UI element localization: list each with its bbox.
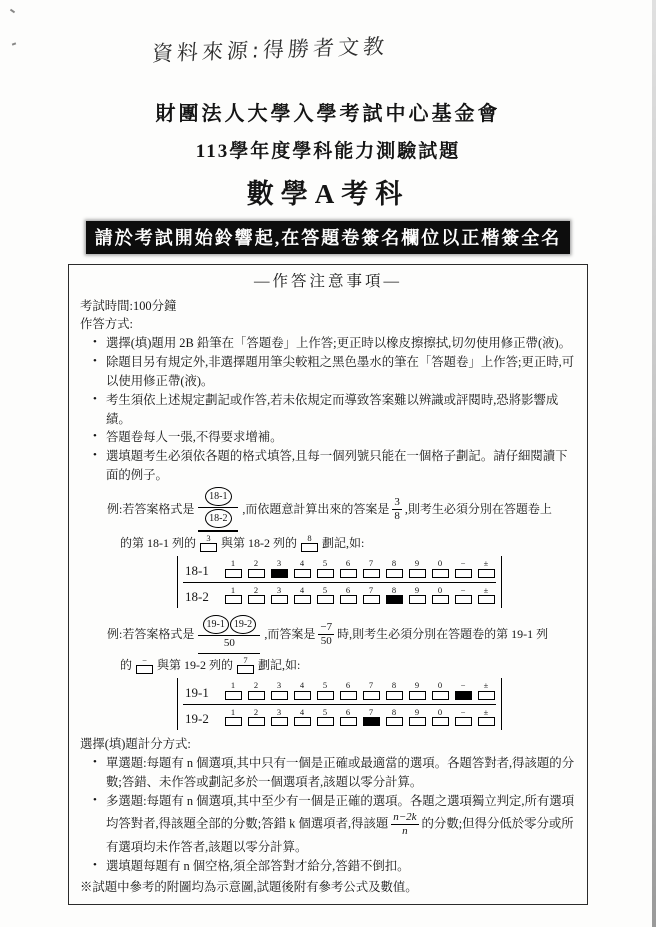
bullet-marker: • <box>93 857 106 876</box>
bubble-cell-3: 3 <box>271 559 287 578</box>
fraction-neg7-50: −7 50 <box>318 621 334 648</box>
scoring-label: 選擇(填)題計分方式: <box>80 735 576 754</box>
bubble-empty <box>294 717 311 726</box>
bubble-cell-7: 7 <box>363 708 379 727</box>
example-text: 例:若答案格式是 <box>107 500 194 518</box>
bullet-text: 選填題考生必須依各題的格式填答,且每一個列號只能在一個格子劃記。請仔細閱讀下面的… <box>106 447 576 485</box>
bubble-filled <box>363 717 380 726</box>
bubble-cell-8: 8 <box>386 681 402 700</box>
bubble-cell-7: 7 <box>363 681 379 700</box>
bubble-empty <box>478 569 495 578</box>
bubble-empty <box>225 569 242 578</box>
example-19: 例:若答案格式是 19-1 19-2 50 ,而答案是 −7 50 時,則考生必… <box>107 613 576 730</box>
scoring-bullet-multi: • 多選題:每題有 n 個選項,其中至少有一個是正確的選項。各題之選項獨立判定,… <box>93 792 576 857</box>
grid-row-label: 18-1 <box>185 564 218 578</box>
bubble-cell-8: 8 <box>386 559 402 578</box>
bubble-empty <box>432 717 449 726</box>
bubble-cell-2: 2 <box>248 559 264 578</box>
bubble-empty <box>363 569 380 578</box>
method-label: 作答方式: <box>80 315 576 334</box>
bubble-cell-8: 8 <box>386 586 402 605</box>
bubble-cell-6: 6 <box>340 559 356 578</box>
method-bullet-5: • 選填題考生必須依各題的格式填答,且每一個列號只能在一個格子劃記。請仔細閱讀下… <box>93 447 576 485</box>
grid-row-label: 19-2 <box>185 712 218 726</box>
scan-edge-artifact <box>652 0 656 927</box>
bubble-cell-0: 0 <box>432 586 448 605</box>
example-text: ,而依題意計算出來的答案是 <box>242 500 389 518</box>
bubble-cell-7: 7 <box>363 559 379 578</box>
bubble-mark-8: 8 <box>301 534 318 553</box>
bubble-empty <box>478 691 495 700</box>
bubble-empty <box>225 595 242 604</box>
bubble-empty <box>409 595 426 604</box>
bubble-empty <box>225 691 242 700</box>
grid-row-label: 18-2 <box>185 590 218 604</box>
bullet-marker: • <box>93 334 106 353</box>
bullet-marker: • <box>93 447 106 485</box>
bubble-cell-0: 0 <box>432 708 448 727</box>
example-text: ,則考生必須分別在答題卷上 <box>405 500 552 518</box>
row-number-circle: 19-1 <box>203 615 229 634</box>
bubble-cell-1: 1 <box>225 586 241 605</box>
bubble-cell-±: ± <box>478 681 494 700</box>
example-text: 劃記,如: <box>322 534 364 552</box>
fraction-bar <box>198 507 238 508</box>
scoring-bullet-single: • 單選題:每題有 n 個選項,其中只有一個是正確或最適當的選項。各題答對者,得… <box>93 754 576 792</box>
method-bullet-2: • 除題目另有規定外,非選擇題用筆尖較粗之黑色墨水的筆在「答題卷」上作答;更正時… <box>93 353 576 391</box>
notice-title: —作答注意事項— <box>80 270 576 294</box>
subject-title: 數學A考科 <box>0 172 656 211</box>
row-number-circle: 18-2 <box>205 509 231 528</box>
bubble-mark-7: 7 <box>237 656 254 675</box>
bubble-cell-5: 5 <box>317 681 333 700</box>
bubble-empty <box>294 569 311 578</box>
bubble-filled <box>386 595 403 604</box>
bubble-empty <box>386 569 403 578</box>
method-bullet-4: • 答題卷每人一張,不得要求增補。 <box>93 428 576 447</box>
bubble-cell-4: 4 <box>294 559 310 578</box>
bubble-cell-3: 3 <box>271 708 287 727</box>
bullet-marker: • <box>93 792 106 857</box>
bubble-cell-4: 4 <box>294 681 310 700</box>
bubble-empty <box>455 569 472 578</box>
scanned-exam-page: 資料來源:得勝者文教 財團法人大學入學考試中心基金會 113學年度學科能力測驗試… <box>0 0 656 927</box>
bubble-cell-9: 9 <box>409 559 425 578</box>
example-text: 例:若答案格式是 <box>107 625 194 643</box>
bubble-cell-5: 5 <box>317 708 333 727</box>
fraction-bar <box>198 635 260 636</box>
row-number-circle: 19-2 <box>230 615 256 634</box>
scoring-bullet-fill-in: • 選填題每題有 n 個空格,須全部答對才給分,答錯不倒扣。 <box>93 857 576 876</box>
bubble-empty <box>363 691 380 700</box>
answer-blank-line <box>198 653 260 654</box>
bubble-filled <box>271 569 288 578</box>
method-bullet-1: • 選擇(填)題用 2B 鉛筆在「答題卷」上作答;更正時以橡皮擦擦拭,切勿使用修… <box>93 334 576 353</box>
answer-grid-18: 18-11234567890−±18-21234567890−± <box>177 556 502 608</box>
bullet-text: 選填題每題有 n 個空格,須全部答對才給分,答錯不倒扣。 <box>106 857 576 876</box>
example-18-line2: 的第 18-1 列的 3 與第 18-2 列的 8 劃記,如: <box>120 534 576 553</box>
bubble-empty <box>386 717 403 726</box>
example-text: 與第 19-2 列的 <box>157 656 233 674</box>
bubble-empty <box>248 717 265 726</box>
bubble-empty <box>271 691 288 700</box>
bubble-cell-−: − <box>455 708 471 727</box>
bubble-cell-2: 2 <box>248 586 264 605</box>
example-text: ,而答案是 <box>264 625 315 643</box>
example-text: 時,則考生必須分別在答題卷的第 19-1 列 <box>337 625 548 643</box>
bubble-cell-6: 6 <box>340 708 356 727</box>
answer-grid-row-18-1: 18-11234567890−± <box>183 556 496 583</box>
bubble-empty <box>294 595 311 604</box>
bubble-empty <box>248 691 265 700</box>
bullet-marker: • <box>93 428 106 447</box>
bullet-text: 除題目另有規定外,非選擇題用筆尖較粗之黑色墨水的筆在「答題卷」上作答;更正時,可… <box>106 353 576 391</box>
bubble-empty <box>271 717 288 726</box>
bubble-empty <box>409 717 426 726</box>
example-text: 的第 18-1 列的 <box>120 534 196 552</box>
answering-notice-box: —作答注意事項— 考試時間:100分鐘 作答方式: • 選擇(填)題用 2B 鉛… <box>68 264 588 905</box>
bubble-empty <box>340 569 357 578</box>
bullet-text: 選擇(填)題用 2B 鉛筆在「答題卷」上作答;更正時以橡皮擦擦拭,切勿使用修正帶… <box>106 334 576 353</box>
bullet-text: 單選題:每題有 n 個選項,其中只有一個是正確或最適當的選項。各題答對者,得該題… <box>106 754 576 792</box>
bubble-cell-−: − <box>455 559 471 578</box>
example-18-line1: 例:若答案格式是 18-1 18-2 ,而依題意計算出來的答案是 3 8 ,則考… <box>107 485 576 534</box>
bubble-empty <box>248 595 265 604</box>
bubble-cell-1: 1 <box>225 559 241 578</box>
example-text: 劃記,如: <box>258 656 300 674</box>
bullet-marker: • <box>93 353 106 391</box>
bubble-cell-−: − <box>455 586 471 605</box>
bubble-empty <box>317 717 334 726</box>
answer-grid-row-18-2: 18-21234567890−± <box>183 583 496 609</box>
bullet-text: 考生須依上述規定劃記或作答,若未依規定而導致答案難以辨識或評閱時,恐將影響成績。 <box>106 391 576 429</box>
bubble-empty <box>478 717 495 726</box>
bubble-mark-minus: − <box>136 656 153 675</box>
bubble-cell-±: ± <box>478 708 494 727</box>
bubble-empty <box>409 691 426 700</box>
answer-grid-19: 19-11234567890−±19-21234567890−± <box>177 678 502 730</box>
bubble-empty <box>409 569 426 578</box>
bubble-empty <box>271 595 288 604</box>
answer-grid-row-19-1: 19-11234567890−± <box>183 678 496 705</box>
bubble-empty <box>432 595 449 604</box>
bubble-cell-6: 6 <box>340 681 356 700</box>
bubble-cell-3: 3 <box>271 681 287 700</box>
example-text: 的 <box>120 656 132 674</box>
bubble-cell-0: 0 <box>432 559 448 578</box>
bubble-cell-−: − <box>455 681 471 700</box>
answer-format-18: 18-1 18-2 <box>198 487 238 532</box>
bubble-cell-±: ± <box>478 586 494 605</box>
bubble-cell-5: 5 <box>317 559 333 578</box>
bubble-cell-2: 2 <box>248 681 264 700</box>
bubble-empty <box>317 595 334 604</box>
bubble-empty <box>317 569 334 578</box>
bubble-cell-1: 1 <box>225 681 241 700</box>
signature-instruction-banner: 請於考試開始鈴響起,在答題卷簽名欄位以正楷簽全名 <box>86 221 570 254</box>
bubble-empty <box>386 691 403 700</box>
bubble-cell-2: 2 <box>248 708 264 727</box>
footnote: ※試題中參考的附圖均為示意圖,試題後附有參考公式及數值。 <box>80 878 576 897</box>
bubble-empty <box>478 595 495 604</box>
bullet-marker: • <box>93 391 106 429</box>
example-19-line2: 的 − 與第 19-2 列的 7 劃記,如: <box>120 656 576 675</box>
bubble-cell-6: 6 <box>340 586 356 605</box>
exam-year-title: 113學年度學科能力測驗試題 <box>0 136 656 163</box>
answer-format-19: 19-1 19-2 50 <box>198 615 260 654</box>
bubble-cell-0: 0 <box>432 681 448 700</box>
bubble-cell-9: 9 <box>409 586 425 605</box>
bubble-empty <box>432 691 449 700</box>
bubble-empty <box>317 691 334 700</box>
answer-grid-row-19-2: 19-21234567890−± <box>183 705 496 731</box>
bubble-cell-3: 3 <box>271 586 287 605</box>
row-number-circle: 18-1 <box>205 487 231 506</box>
bubble-empty <box>225 717 242 726</box>
bubble-filled <box>455 691 472 700</box>
bubble-empty <box>432 569 449 578</box>
grid-row-label: 19-1 <box>185 686 218 700</box>
bullet-text: 多選題:每題有 n 個選項,其中至少有一個是正確的選項。各題之選項獨立判定,所有… <box>106 792 576 857</box>
bubble-cell-4: 4 <box>294 586 310 605</box>
bubble-empty <box>340 717 357 726</box>
bubble-empty <box>455 595 472 604</box>
bullet-text: 答題卷每人一張,不得要求增補。 <box>106 428 576 447</box>
bubble-cell-5: 5 <box>317 586 333 605</box>
example-19-line1: 例:若答案格式是 19-1 19-2 50 ,而答案是 −7 50 時,則考生必… <box>107 613 576 656</box>
bubble-mark-3: 3 <box>200 534 217 553</box>
exam-time-line: 考試時間:100分鐘 <box>80 297 576 316</box>
bubble-cell-8: 8 <box>386 708 402 727</box>
organization-title: 財團法人大學入學考試中心基金會 <box>0 97 656 126</box>
fraction-3-8: 3 8 <box>392 496 402 523</box>
answer-blank-line <box>198 530 238 531</box>
bubble-empty <box>294 691 311 700</box>
bubble-cell-4: 4 <box>294 708 310 727</box>
bubble-cell-7: 7 <box>363 586 379 605</box>
example-text: 與第 18-2 列的 <box>221 534 297 552</box>
bubble-cell-9: 9 <box>409 708 425 727</box>
bubble-empty <box>248 569 265 578</box>
bubble-cell-±: ± <box>478 559 494 578</box>
method-bullet-3: • 考生須依上述規定劃記或作答,若未依規定而導致答案難以辨識或評閱時,恐將影響成… <box>93 391 576 429</box>
fraction-n-2k-over-n: n−2kn <box>391 811 418 838</box>
bubble-cell-1: 1 <box>225 708 241 727</box>
bubble-empty <box>455 717 472 726</box>
bubble-empty <box>340 691 357 700</box>
bubble-empty <box>340 595 357 604</box>
bubble-cell-9: 9 <box>409 681 425 700</box>
example-18: 例:若答案格式是 18-1 18-2 ,而依題意計算出來的答案是 3 8 ,則考… <box>107 485 576 608</box>
bullet-marker: • <box>93 754 106 792</box>
bubble-empty <box>363 595 380 604</box>
